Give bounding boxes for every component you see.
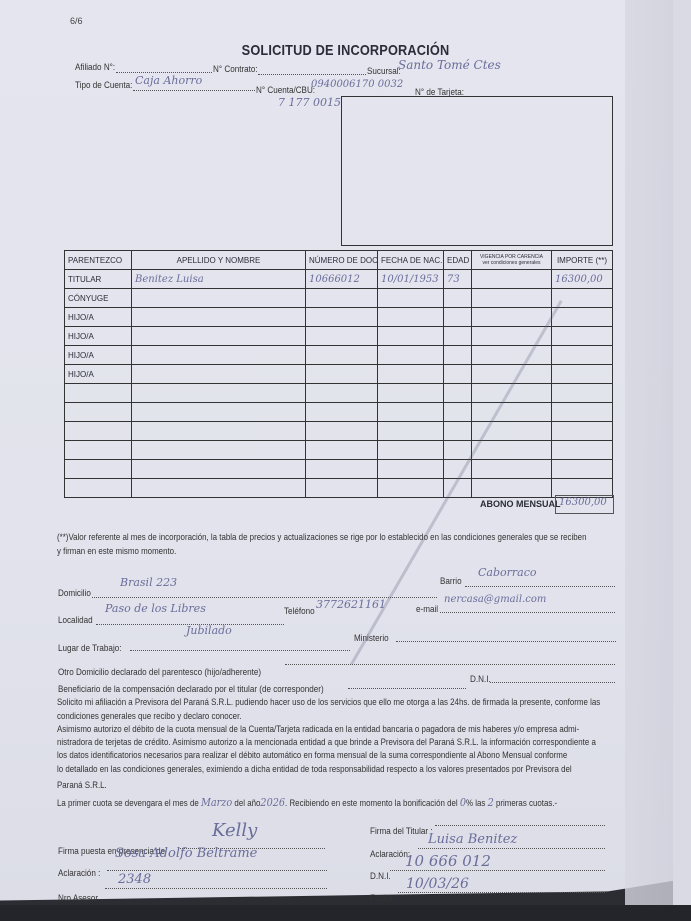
ministerio-field[interactable] <box>396 641 616 642</box>
table-header-row: PARENTEZCO APELLIDO Y NOMBRE NÚMERO DE D… <box>65 251 613 270</box>
beneficiario-field[interactable] <box>348 688 466 689</box>
table-row: HIJO/A <box>65 327 613 346</box>
legal-line-5: los datos identificatorios necesarios pa… <box>57 750 567 760</box>
table-row: HIJO/A <box>65 308 613 327</box>
cell-fecha[interactable] <box>378 289 444 308</box>
trabajo-field <box>130 650 350 651</box>
cell-parentezco: HIJO/A <box>65 327 132 346</box>
col-vigencia-subtitle: ver condiciones generales <box>482 260 540 266</box>
legal-line-6: lo detallado en las condiciones generale… <box>57 764 572 774</box>
cell-parentezco <box>65 460 132 479</box>
cell-vigencia[interactable] <box>472 403 552 422</box>
cell-doc[interactable] <box>306 460 378 479</box>
dni-beneficiario-label: D.N.I. <box>470 674 491 684</box>
cell-doc[interactable] <box>306 365 378 384</box>
table-row <box>65 441 613 460</box>
cuota-mes[interactable]: Marzo <box>201 796 232 809</box>
trabajo-label: Lugar de Trabajo: <box>58 643 122 653</box>
beneficiario-label: Beneficiario de la compensación declarad… <box>58 684 324 694</box>
cell-fecha[interactable] <box>378 479 444 498</box>
cell-importe[interactable] <box>552 460 613 479</box>
note-line-2: y firman en este mismo momento. <box>57 546 176 556</box>
asesor-value[interactable]: 2348 <box>118 872 151 887</box>
cell-nombre[interactable] <box>132 365 306 384</box>
email-field <box>440 612 615 613</box>
fecha-label: Fecha: <box>370 893 395 903</box>
cell-edad[interactable] <box>444 346 472 365</box>
cuota-line: La primer cuota se devengara el mes de M… <box>57 796 557 809</box>
cell-importe[interactable] <box>552 365 613 384</box>
cell-doc[interactable] <box>306 441 378 460</box>
table-row <box>65 422 613 441</box>
cell-nombre[interactable] <box>132 346 306 365</box>
localidad-value[interactable]: Paso de los Libres <box>105 602 206 615</box>
sucursal-value[interactable]: Santo Tomé Ctes <box>398 58 501 72</box>
cell-importe[interactable] <box>552 346 613 365</box>
cell-parentezco <box>65 384 132 403</box>
aclaracion-titular-value[interactable]: Luisa Benitez <box>428 832 517 847</box>
page-number: 6/6 <box>70 16 83 26</box>
cell-doc[interactable] <box>306 384 378 403</box>
cell-edad[interactable] <box>444 327 472 346</box>
table-row <box>65 384 613 403</box>
cell-fecha[interactable] <box>378 441 444 460</box>
otro-domicilio-label: Otro Domicilio declarado del parentesco … <box>58 667 261 677</box>
email-value[interactable]: nercasa@gmail.com <box>444 594 546 605</box>
members-table: PARENTEZCO APELLIDO Y NOMBRE NÚMERO DE D… <box>64 250 613 498</box>
tipo-cuenta-field <box>133 90 255 91</box>
cell-importe[interactable] <box>552 384 613 403</box>
cell-edad[interactable] <box>444 422 472 441</box>
cell-fecha[interactable] <box>378 403 444 422</box>
cell-importe[interactable] <box>552 327 613 346</box>
cell-nombre[interactable] <box>132 403 306 422</box>
cuenta-value[interactable]: 0940006170 0032 <box>311 79 403 90</box>
cell-vigencia[interactable] <box>472 460 552 479</box>
cell-vigencia[interactable] <box>472 346 552 365</box>
cell-edad[interactable] <box>444 308 472 327</box>
cell-nombre[interactable] <box>132 460 306 479</box>
cell-fecha[interactable] <box>378 384 444 403</box>
cell-doc[interactable] <box>306 308 378 327</box>
cell-fecha[interactable] <box>378 365 444 384</box>
barrio-field <box>465 586 615 587</box>
cell-edad[interactable]: 73 <box>444 270 472 289</box>
sucursal-label: Sucursal: <box>367 66 401 76</box>
col-parentezco: PARENTEZCO <box>65 251 132 270</box>
presencia-signature[interactable]: Kelly <box>212 820 257 841</box>
cell-nombre[interactable] <box>132 479 306 498</box>
cell-edad[interactable] <box>444 403 472 422</box>
legal-line-4: nistradora de terjetas de crédito. Asimi… <box>57 737 596 747</box>
cuota-pct-label: % las <box>466 798 485 808</box>
afiliado-field[interactable] <box>116 72 212 73</box>
asesor-label: Nro Asesor <box>58 893 98 903</box>
cell-doc[interactable] <box>306 422 378 441</box>
paper-edge <box>625 0 673 905</box>
cell-edad[interactable] <box>444 441 472 460</box>
domicilio-label: Domicilio <box>58 588 91 598</box>
col-doc: NÚMERO DE DOC. <box>306 251 378 270</box>
dni-titular-field <box>390 870 605 871</box>
dni-titular-label: D.N.I. <box>370 871 391 881</box>
otro-domicilio-field[interactable] <box>285 664 615 665</box>
note-line-1: (**)Valor referente al mes de incorporac… <box>57 532 586 542</box>
firma-titular-label: Firma del Titular : <box>370 826 433 836</box>
cell-edad[interactable] <box>444 384 472 403</box>
domicilio-value[interactable]: Brasil 223 <box>120 576 177 589</box>
dni-beneficiario-field[interactable] <box>490 682 615 683</box>
firma-titular-field[interactable] <box>435 825 605 826</box>
aclaracion-asesor-value[interactable]: Sosa Adolfo Beltrame <box>115 846 257 861</box>
cell-doc[interactable] <box>306 327 378 346</box>
legal-line-7: Paraná S.R.L. <box>57 780 107 790</box>
cell-parentezco: HIJO/A <box>65 365 132 384</box>
cell-vigencia[interactable] <box>472 308 552 327</box>
cell-vigencia[interactable] <box>472 270 552 289</box>
cuenta-label: N° Cuenta/CBU: <box>256 85 315 95</box>
cell-nombre[interactable] <box>132 308 306 327</box>
photo-box <box>341 96 613 246</box>
cell-fecha[interactable] <box>378 460 444 479</box>
cell-vigencia[interactable] <box>472 365 552 384</box>
cell-fecha[interactable] <box>378 346 444 365</box>
cell-doc[interactable] <box>306 289 378 308</box>
cell-fecha[interactable] <box>378 308 444 327</box>
col-fecha: FECHA DE NAC. <box>378 251 444 270</box>
cell-doc[interactable] <box>306 479 378 498</box>
cell-parentezco: HIJO/A <box>65 308 132 327</box>
cell-parentezco <box>65 403 132 422</box>
background-surface <box>0 905 691 921</box>
legal-line-2: condiciones generales que recibo y decla… <box>57 711 241 721</box>
telefono-value[interactable]: 3772621161 <box>316 598 386 611</box>
cell-fecha[interactable] <box>378 422 444 441</box>
abono-value: 16300,00 <box>559 497 607 508</box>
localidad-label: Localidad <box>58 615 93 625</box>
cell-parentezco <box>65 479 132 498</box>
legal-line-1: Solicito mi afiliación a Previsora del P… <box>57 697 600 707</box>
cell-nombre[interactable]: Benitez Luisa <box>132 270 306 289</box>
abono-label: ABONO MENSUAL <box>480 499 561 509</box>
legal-line-3: Asimismo autorizo el débito de la cuota … <box>57 724 579 734</box>
cell-doc[interactable] <box>306 346 378 365</box>
col-edad: EDAD <box>444 251 472 270</box>
aclaracion-asesor-label: Aclaración : <box>58 868 100 878</box>
dni-titular-value[interactable]: 10 666 012 <box>405 852 491 870</box>
aclaracion-titular-field <box>418 848 605 849</box>
telefono-label: Teléfono <box>284 606 315 616</box>
paper-edge <box>673 0 691 905</box>
contrato-field[interactable] <box>258 74 366 75</box>
fecha-value[interactable]: 10/03/26 <box>406 876 469 892</box>
cell-nombre[interactable] <box>132 384 306 403</box>
col-nombre: APELLIDO Y NOMBRE <box>132 251 306 270</box>
cuota-prefix: La primer cuota se devengara el mes de <box>57 798 199 808</box>
cell-importe[interactable] <box>552 403 613 422</box>
cell-vigencia[interactable] <box>472 441 552 460</box>
cell-importe[interactable] <box>552 308 613 327</box>
email-label: e-mail <box>416 604 438 614</box>
table-row <box>65 479 613 498</box>
cuota-middle: . Recibiendo en este momento la bonifica… <box>285 798 458 808</box>
cell-parentezco: TITULAR <box>65 270 132 289</box>
table-row: HIJO/A <box>65 365 613 384</box>
cuota-anio-label: del año <box>234 798 260 808</box>
col-importe: IMPORTE (**) <box>552 251 613 270</box>
cell-fecha[interactable]: 10/01/1953 <box>378 270 444 289</box>
cell-parentezco <box>65 422 132 441</box>
cuota-cantidad[interactable]: 2 <box>488 796 494 809</box>
cell-importe[interactable] <box>552 441 613 460</box>
cell-importe[interactable]: 16300,00 <box>552 270 613 289</box>
cell-doc[interactable] <box>306 403 378 422</box>
cell-edad[interactable] <box>444 289 472 308</box>
tipo-cuenta-value[interactable]: Caja Ahorro <box>135 74 202 87</box>
asesor-field <box>105 888 327 889</box>
trabajo-value[interactable]: Jubilado <box>186 624 232 637</box>
barrio-label: Barrio <box>440 576 462 586</box>
form-title: SOLICITUD DE INCORPORACIÓN <box>52 42 639 59</box>
aclaracion-asesor-field <box>107 870 327 871</box>
cell-importe[interactable] <box>552 422 613 441</box>
cell-fecha[interactable] <box>378 327 444 346</box>
cell-parentezco: CÓNYUGE <box>65 289 132 308</box>
cuota-anio[interactable]: 2026 <box>260 796 285 809</box>
cell-vigencia[interactable] <box>472 289 552 308</box>
barrio-value[interactable]: Caborraco <box>478 566 537 579</box>
abono-field[interactable]: 16300,00 <box>555 495 614 514</box>
table-row: TITULARBenitez Luisa1066601210/01/195373… <box>65 270 613 289</box>
table-row: CÓNYUGE <box>65 289 613 308</box>
tarjeta-extra-value[interactable]: 7 177 0015 <box>278 96 341 109</box>
table-row <box>65 460 613 479</box>
cuota-suffix: primeras cuotas.- <box>496 798 557 808</box>
afiliado-label: Afiliado N°: <box>75 62 115 72</box>
fecha-field <box>398 892 605 893</box>
cell-nombre[interactable] <box>132 289 306 308</box>
contrato-label: N° Contrato: <box>213 64 258 74</box>
cell-nombre[interactable] <box>132 327 306 346</box>
cell-doc[interactable]: 10666012 <box>306 270 378 289</box>
cell-parentezco <box>65 441 132 460</box>
cell-parentezco: HIJO/A <box>65 346 132 365</box>
ministerio-label: Ministerio <box>354 633 389 643</box>
table-row <box>65 403 613 422</box>
col-vigencia: VIGENCIA POR CARENCIAver condiciones gen… <box>472 251 552 270</box>
tipo-cuenta-label: Tipo de Cuenta: <box>75 80 132 90</box>
cell-edad[interactable] <box>444 365 472 384</box>
cell-nombre[interactable] <box>132 441 306 460</box>
cell-vigencia[interactable] <box>472 479 552 498</box>
cell-nombre[interactable] <box>132 422 306 441</box>
